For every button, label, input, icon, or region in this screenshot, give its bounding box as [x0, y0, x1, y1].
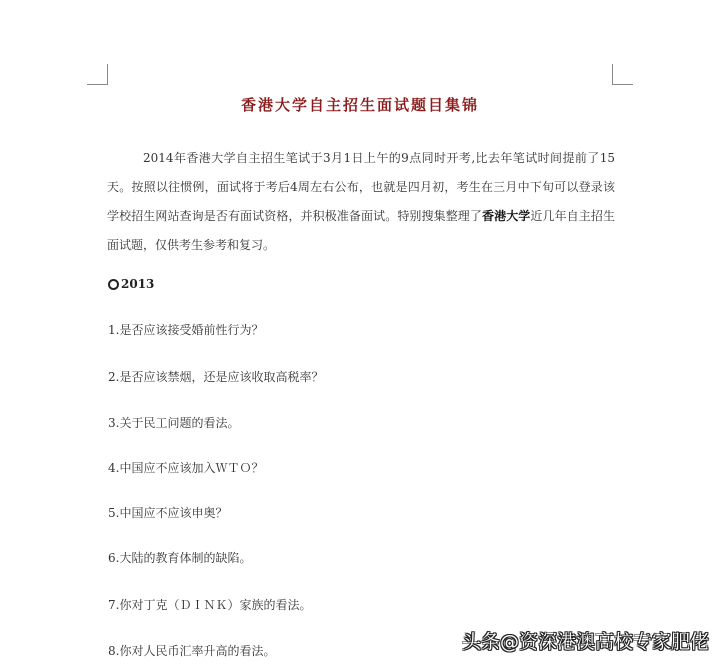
question-item: 3.关于民工问题的看法。 — [108, 414, 239, 431]
document-title: 香港大学自主招生面试题目集锦 — [0, 94, 720, 115]
question-item: 4.中国应不应该加入ＷＴＯ？ — [108, 459, 263, 476]
document-page: 香港大学自主招生面试题目集锦 2014年香港大学自主招生笔试于3月1日上午的9点… — [0, 0, 720, 668]
question-item: 6.大陆的教育体制的缺陷。 — [108, 549, 251, 566]
question-item: 8.你对人民币汇率升高的看法。 — [108, 642, 275, 659]
section-heading-2013: 2013 — [108, 277, 154, 291]
question-item: 7.你对丁克（ＤＩＮＫ）家族的看法。 — [108, 596, 311, 613]
question-item: 5.中国应不应该申奥？ — [108, 504, 227, 521]
ring-bullet-icon — [108, 279, 119, 290]
margin-corner-top-right — [612, 64, 633, 85]
intro-text-bold: 香港大学 — [482, 209, 530, 223]
margin-corner-top-left — [87, 64, 108, 85]
question-item: 2.是否应该禁烟，还是应该收取高税率？ — [108, 368, 323, 385]
section-year: 2013 — [121, 277, 154, 291]
question-item: 1.是否应该接受婚前性行为？ — [108, 321, 263, 338]
watermark-text: 头条@资深港澳高校专家肥佬 — [462, 627, 709, 654]
intro-paragraph: 2014年香港大学自主招生笔试于3月1日上午的9点同时开考,比去年笔试时间提前了… — [107, 144, 615, 260]
